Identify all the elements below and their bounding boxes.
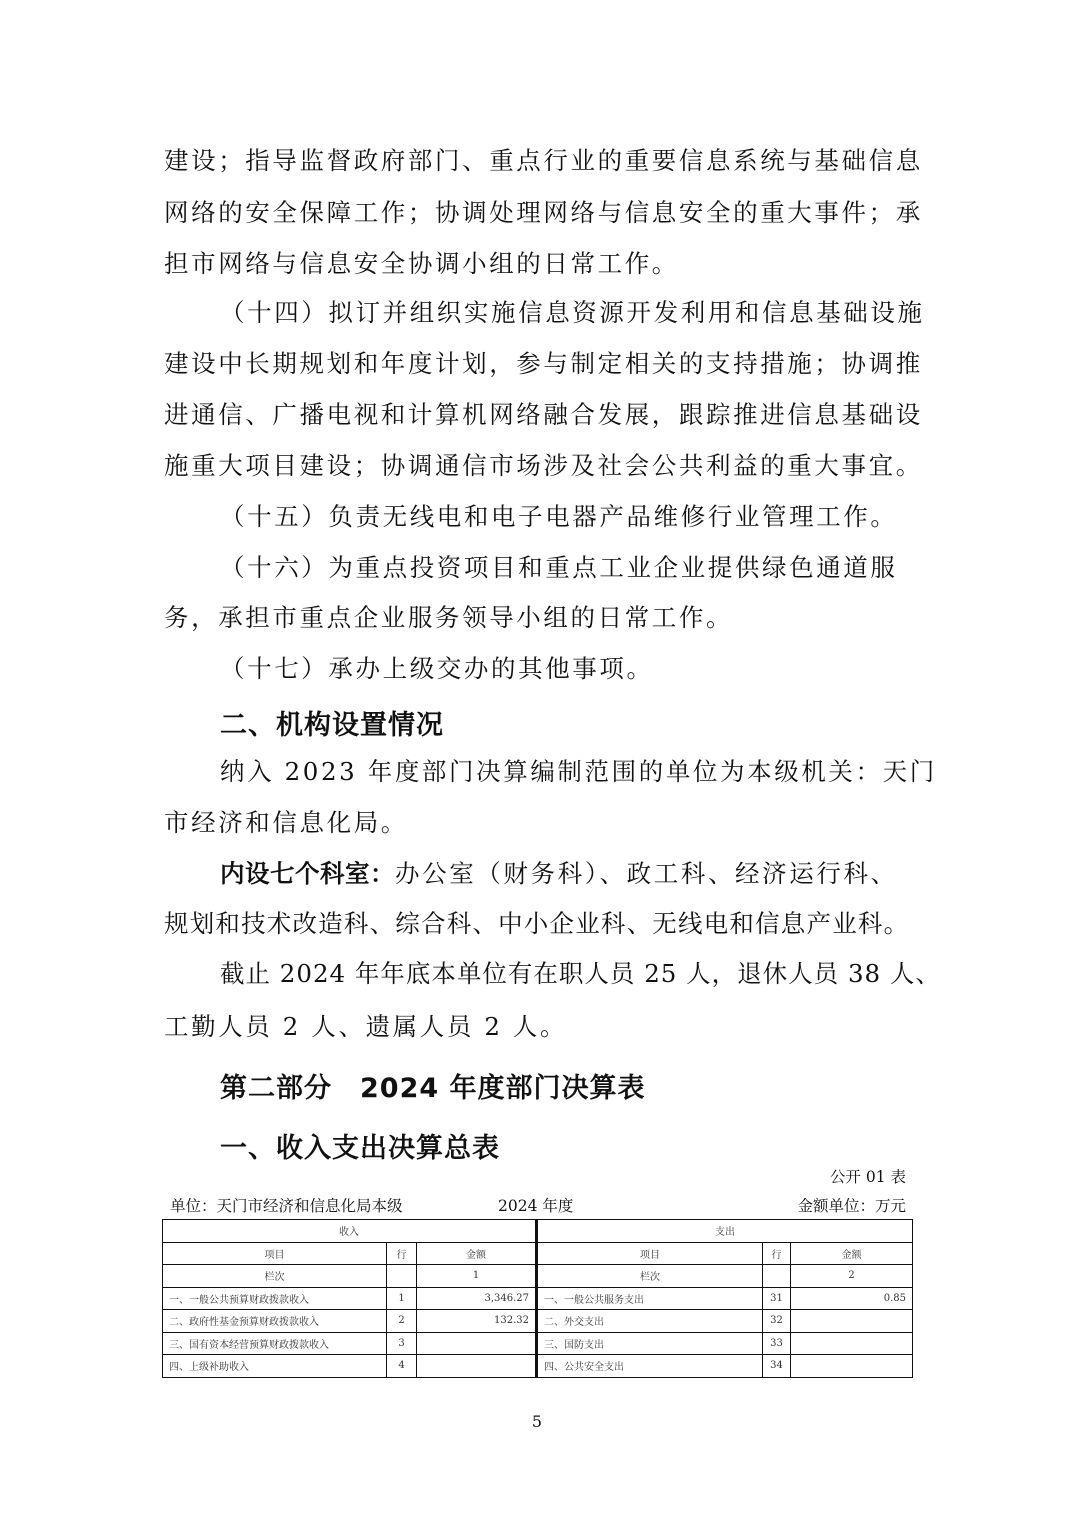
- income-header: 收入: [163, 1220, 537, 1243]
- unit-label: 单位：天门市经济和信息化局本级: [170, 1194, 403, 1216]
- income-item: 二、政府性基金预算财政拨款收入: [163, 1310, 387, 1333]
- table-column-index-row: 栏次 1 栏次 2: [163, 1265, 913, 1288]
- amount-unit-label: 金额单位：万元: [797, 1194, 906, 1216]
- form-number: 公开 01 表: [830, 1165, 906, 1187]
- expense-item: 四、公共安全支出: [537, 1355, 763, 1378]
- body-line: （十七）承办上级交办的其他事项。: [220, 654, 912, 684]
- section-heading-org: 二、机构设置情况: [220, 703, 444, 742]
- table-heading: 一、收入支出决算总表: [220, 1126, 500, 1165]
- expense-item: 三、国防支出: [537, 1332, 763, 1355]
- body-line: 建设中长期规划和年度计划，参与制定相关的支持措施；协调推: [164, 349, 912, 379]
- income-col-index: 1: [417, 1265, 537, 1288]
- body-line: 施重大项目建设；协调通信市场涉及社会公共利益的重大事宜。: [164, 451, 912, 481]
- body-line: 担市网络与信息安全协调小组的日常工作。: [164, 249, 912, 279]
- expense-amount: 0.85: [791, 1287, 913, 1310]
- body-line: 务，承担市重点企业服务领导小组的日常工作。: [164, 603, 912, 633]
- expense-item: 二、外交支出: [537, 1310, 763, 1333]
- bold-lead: 内设七个科室：: [220, 859, 395, 888]
- body-line: 市经济和信息化局。: [164, 808, 912, 838]
- body-line: 网络的安全保障工作；协调处理网络与信息安全的重大事件；承: [164, 198, 912, 228]
- column-index-label: 栏次: [537, 1265, 763, 1288]
- body-line: （十五）负责无线电和电子电器产品维修行业管理工作。: [220, 502, 912, 532]
- income-item: 四、上级补助收入: [163, 1355, 387, 1378]
- table-row: 一、一般公共预算财政拨款收入 1 3,346.27 一、一般公共服务支出 31 …: [163, 1287, 913, 1310]
- income-amount: [417, 1332, 537, 1355]
- body-line: 截止 2024 年年底本单位有在职人员 25 人，退休人员 38 人、: [220, 959, 912, 989]
- table-group-header: 收入 支出: [163, 1220, 913, 1243]
- body-line: 规划和技术改造科、综合科、中小企业科、无线电和信息产业科。: [164, 909, 912, 939]
- table-column-header: 项目 行 金额 项目 行 金额: [163, 1242, 913, 1265]
- expense-row-no: 34: [763, 1355, 791, 1378]
- expense-col-index: 2: [791, 1265, 913, 1288]
- body-line: 内设七个科室：办公室（财务科）、政工科、经济运行科、: [220, 859, 912, 889]
- income-row-no: 3: [387, 1332, 417, 1355]
- table-row: 四、上级补助收入 4 四、公共安全支出 34: [163, 1355, 913, 1378]
- col-row: 行: [763, 1242, 791, 1265]
- col-item: 项目: [537, 1242, 763, 1265]
- body-line: 进通信、广播电视和计算机网络融合发展，跟踪推进信息基础设: [164, 400, 912, 430]
- expense-item: 一、一般公共服务支出: [537, 1287, 763, 1310]
- income-row-no: 1: [387, 1287, 417, 1310]
- col-amount: 金额: [791, 1242, 913, 1265]
- expense-header: 支出: [537, 1220, 913, 1243]
- income-amount: 3,346.27: [417, 1287, 537, 1310]
- part2-heading: 第二部分 2024 年度部门决算表: [220, 1066, 646, 1105]
- col-item: 项目: [163, 1242, 387, 1265]
- page-number: 5: [0, 1412, 1074, 1431]
- income-row-no: 2: [387, 1310, 417, 1333]
- expense-row-no: 32: [763, 1310, 791, 1333]
- income-expense-table: 收入 支出 项目 行 金额 项目 行 金额 栏次 1 栏次 2 一、一般公共预算…: [162, 1219, 913, 1378]
- expense-row-no: 33: [763, 1332, 791, 1355]
- expense-amount: [791, 1332, 913, 1355]
- income-row-no: 4: [387, 1355, 417, 1378]
- body-line: （十六）为重点投资项目和重点工业企业提供绿色通道服: [220, 553, 912, 583]
- table-row: 三、国有资本经营预算财政拨款收入 3 三、国防支出 33: [163, 1332, 913, 1355]
- body-line: 建设；指导监督政府部门、重点行业的重要信息系统与基础信息: [164, 146, 912, 176]
- income-item: 三、国有资本经营预算财政拨款收入: [163, 1332, 387, 1355]
- col-row: 行: [387, 1242, 417, 1265]
- income-amount: [417, 1355, 537, 1378]
- table-row: 二、政府性基金预算财政拨款收入 2 132.32 二、外交支出 32: [163, 1310, 913, 1333]
- year-label: 2024 年度: [498, 1194, 573, 1216]
- body-line: 纳入 2023 年度部门决算编制范围的单位为本级机关：天门: [220, 757, 912, 787]
- column-index-label: 栏次: [163, 1265, 387, 1288]
- body-text: 办公室（财务科）、政工科、经济运行科、: [395, 859, 898, 888]
- income-amount: 132.32: [417, 1310, 537, 1333]
- col-amount: 金额: [417, 1242, 537, 1265]
- income-item: 一、一般公共预算财政拨款收入: [163, 1287, 387, 1310]
- expense-amount: [791, 1355, 913, 1378]
- body-line: （十四）拟订并组织实施信息资源开发利用和信息基础设施: [220, 298, 912, 328]
- expense-amount: [791, 1310, 913, 1333]
- expense-row-no: 31: [763, 1287, 791, 1310]
- body-line: 工勤人员 2 人、遗属人员 2 人。: [164, 1012, 912, 1042]
